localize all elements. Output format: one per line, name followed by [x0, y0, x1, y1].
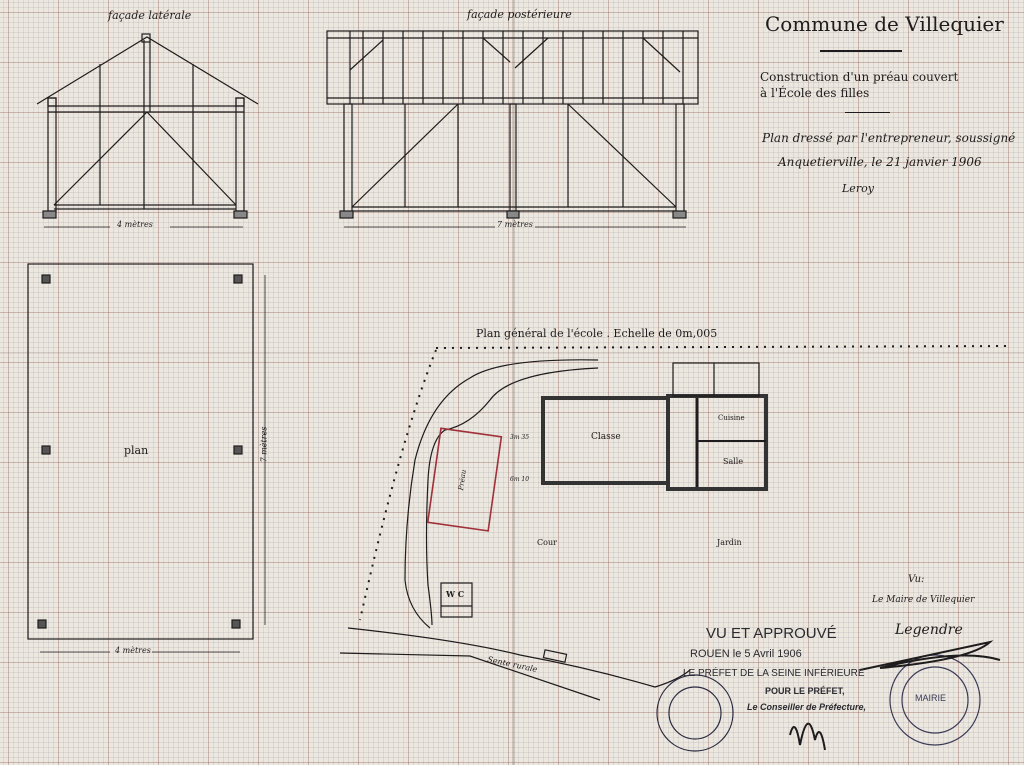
- lateral-facade-title: façade latérale: [108, 9, 191, 22]
- rear-facade-title: façade postérieure: [467, 8, 572, 21]
- contractor-signature: Leroy: [842, 182, 874, 195]
- mayor-title: Le Maire de Villequier: [872, 595, 974, 605]
- lateral-facade-drawing: [37, 34, 258, 227]
- offset-label-2: 6m 10: [510, 476, 529, 483]
- room-label-salle: Salle: [723, 457, 743, 466]
- approval-councillor: Le Conseiller de Préfecture,: [747, 702, 866, 712]
- area-label-cour: Cour: [537, 538, 557, 547]
- lateral-facade-dimension: 4 mètres: [117, 220, 153, 229]
- prefect-signature: [790, 724, 825, 750]
- mayor-signature: Legendre: [895, 622, 963, 638]
- room-label-cuisine: Cuisine: [718, 414, 745, 422]
- approval-stamp-heading: VU ET APPROUVÉ: [706, 625, 837, 642]
- offset-label-1: 3m 35: [510, 434, 529, 441]
- plan-length-dimension: 7 mètres: [259, 427, 268, 463]
- mayor-signature-flourish: [860, 642, 1000, 670]
- rear-facade-drawing: [327, 31, 698, 227]
- rear-facade-dimension: 7 mètres: [497, 220, 533, 229]
- commune-title: Commune de Villequier: [765, 12, 1004, 36]
- subtitle-underline: [845, 112, 890, 113]
- approval-for-prefect: POUR LE PRÉFET,: [765, 686, 845, 696]
- plan-width-dimension: 4 mètres: [115, 646, 151, 655]
- plan-title: plan: [124, 444, 148, 457]
- site-plan-title: Plan général de l'école . Echelle de 0m,…: [476, 327, 717, 340]
- approval-prefect: LE PRÉFET DE LA SEINE INFÉRIEURE: [683, 668, 865, 679]
- title-underline: [820, 50, 902, 52]
- project-title-line2: à l'École des filles: [760, 86, 869, 100]
- drawn-by-line2: Anquetierville, le 21 janvier 1906: [778, 155, 982, 169]
- approval-date: ROUEN le 5 Avril 1906: [690, 648, 802, 660]
- mayor-seen: Vu:: [908, 574, 924, 585]
- technical-drawings: [0, 0, 1024, 765]
- site-plan-drawing: [340, 346, 1010, 700]
- area-label-jardin: Jardin: [717, 538, 742, 547]
- prefecture-seal: [657, 675, 733, 751]
- mairie-seal-center: MAIRIE: [915, 693, 946, 703]
- room-label-classe: Classe: [591, 432, 621, 442]
- wc-label: W C: [446, 589, 464, 599]
- project-title-line1: Construction d'un préau couvert: [760, 70, 958, 84]
- plan-drawing: [28, 264, 265, 652]
- drawn-by-line1: Plan dressé par l'entrepreneur, soussign…: [762, 131, 1015, 145]
